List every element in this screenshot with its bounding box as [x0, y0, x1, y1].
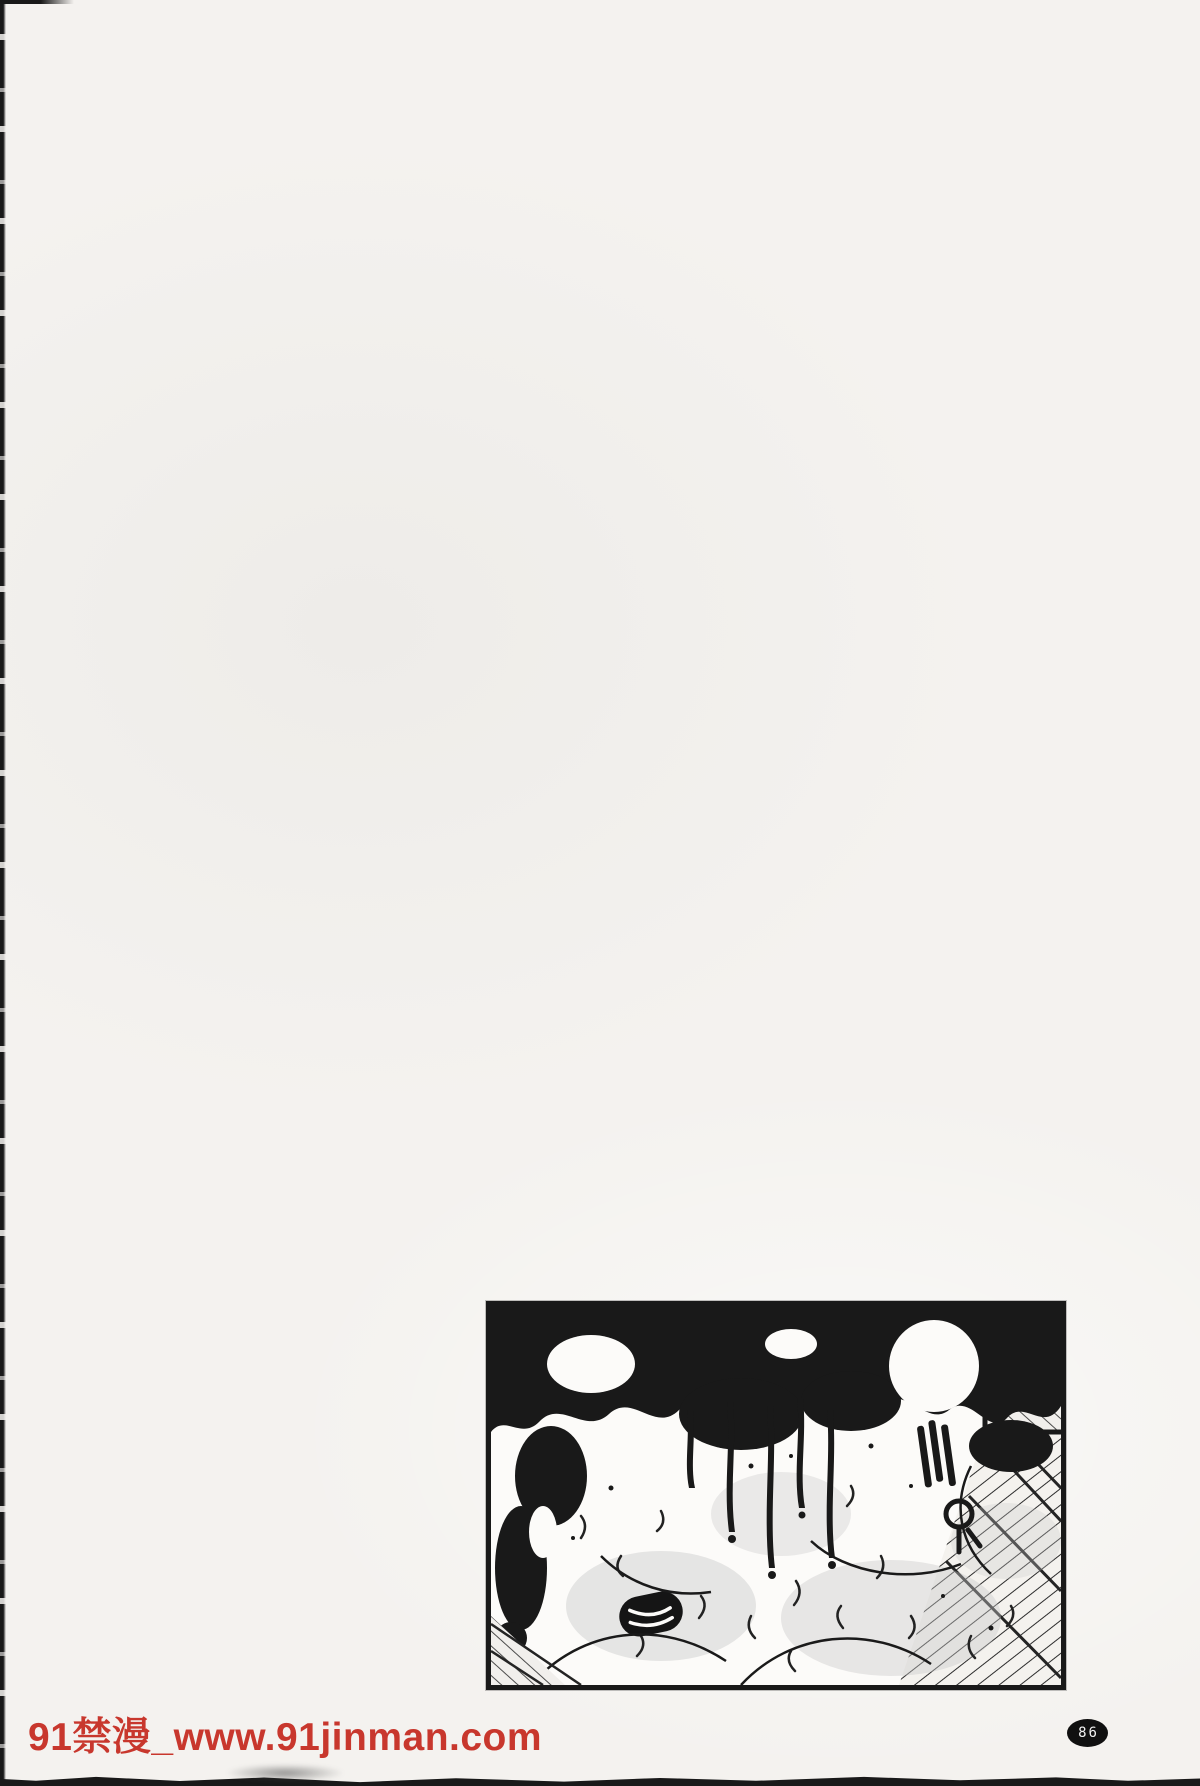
watermark-text: 91禁漫_www.91jinman.com	[28, 1716, 542, 1761]
page-number-badge: 86	[1067, 1719, 1108, 1747]
scan-edge-top	[0, 0, 74, 4]
scan-smudge	[225, 1764, 345, 1782]
scan-edge-bottom	[0, 1773, 1200, 1786]
page-number: 86	[1078, 1726, 1099, 1740]
manga-panel	[486, 1301, 1066, 1690]
panel-artwork-abstract-ink	[491, 1306, 1061, 1685]
scanned-manga-page: 86 91禁漫_www.91jinman.com	[0, 0, 1200, 1786]
scan-edge-left	[0, 0, 6, 1786]
